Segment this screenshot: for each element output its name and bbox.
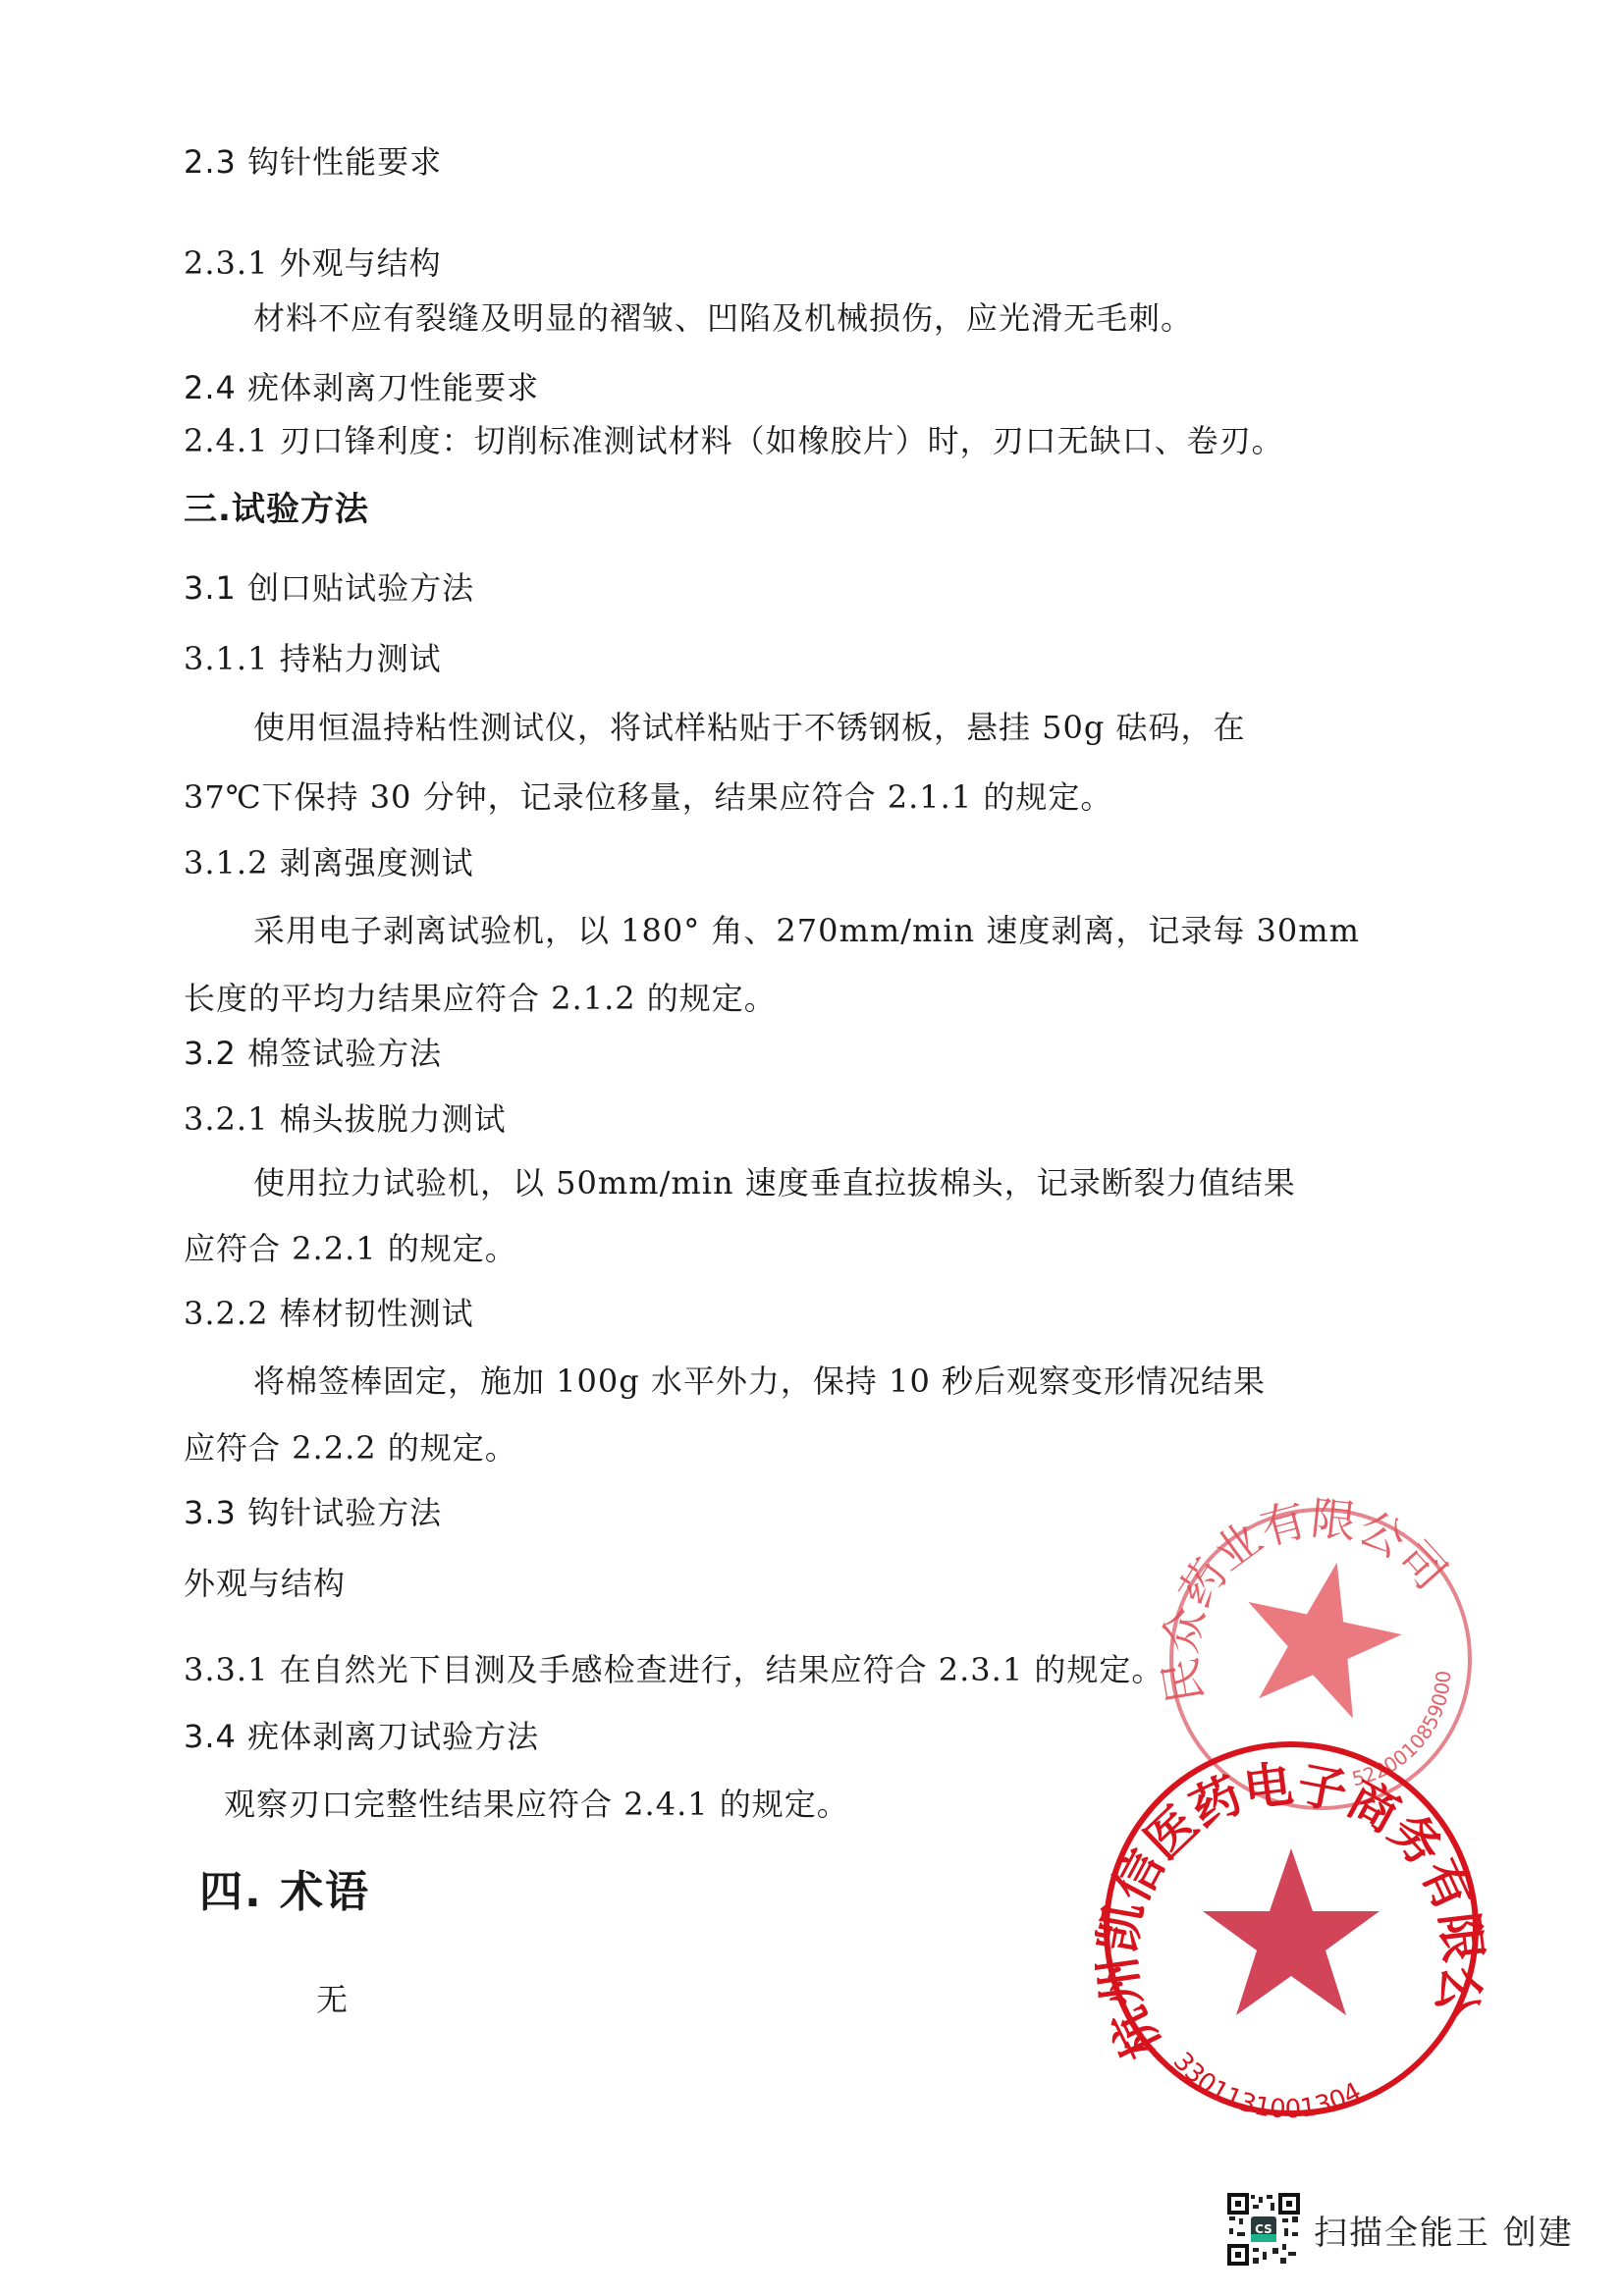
paragraph-3-4: 观察刃口完整性结果应符合 2.4.1 的规定。 xyxy=(224,1785,849,1824)
scanner-watermark: CS 扫描全能王 创建 xyxy=(1227,2195,1574,2264)
company-seal-top: 民众药业有限公司 5220010859000 xyxy=(1154,1492,1488,1826)
paragraph-3-1-1-a: 使用恒温持粘性测试仪，将试样粘贴于不锈钢板，悬挂 50g 砝码，在 xyxy=(253,708,1246,747)
paragraph-3-1-2-a: 采用电子剥离试验机，以 180° 角、270mm/min 速度剥离，记录每 30… xyxy=(253,911,1360,950)
company-seal-bottom: 杭州凯信医药电子商务有限公司 33011310013046 xyxy=(1095,1733,1488,2125)
seal-top-number: 5220010859000 xyxy=(1350,1670,1456,1790)
heading-3-2-1: 3.2.1 棉头拔脱力测试 xyxy=(184,1099,507,1139)
heading-3-3-subtitle: 外观与结构 xyxy=(184,1564,346,1603)
svg-text:民众药业有限公司: 民众药业有限公司 xyxy=(1154,1492,1457,1707)
heading-2-3: 2.3 钩针性能要求 xyxy=(184,142,442,182)
heading-3-1-1: 3.1.1 持粘力测试 xyxy=(184,639,442,678)
paragraph-3-2-2-a: 将棉签棒固定，施加 100g 水平外力，保持 10 秒后观察变形情况结果 xyxy=(253,1362,1266,1401)
heading-3-4: 3.4 疣体剥离刀试验方法 xyxy=(184,1717,539,1756)
svg-text:杭州凯信医药电子商务有限公司: 杭州凯信医药电子商务有限公司 xyxy=(1095,1733,1488,2067)
paragraph-3-2-2-b: 应符合 2.2.2 的规定。 xyxy=(184,1428,517,1468)
terms-none-text: 无 xyxy=(316,1980,349,2019)
chapter-4-title: 四. 术语 xyxy=(199,1873,370,1912)
heading-3-2-2: 3.2.2 棒材韧性测试 xyxy=(184,1294,474,1333)
heading-3-1-2: 3.1.2 剥离强度测试 xyxy=(184,843,474,882)
seal-top-arc-text: 民众药业有限公司 xyxy=(1154,1492,1457,1707)
heading-2-3-1: 2.3.1 外观与结构 xyxy=(184,243,442,283)
svg-text:CS: CS xyxy=(1255,2222,1272,2236)
paragraph-3-2-1-b: 应符合 2.2.1 的规定。 xyxy=(184,1229,517,1268)
seal-bottom-number: 33011310013046 xyxy=(1095,1733,1367,2124)
star-icon xyxy=(1203,1848,1380,2015)
heading-3-2: 3.2 棉签试验方法 xyxy=(184,1034,442,1073)
heading-3-3: 3.3 钩针试验方法 xyxy=(184,1493,442,1532)
seal-bottom-arc-text: 杭州凯信医药电子商务有限公司 xyxy=(1095,1733,1488,2067)
heading-3-1: 3.1 创口贴试验方法 xyxy=(184,568,474,608)
star-icon xyxy=(1229,1546,1414,1725)
svg-text:33011310013046: 33011310013046 xyxy=(1095,1733,1367,2124)
paragraph-2-3-1: 材料不应有裂缝及明显的褶皱、凹陷及机械损伤，应光滑无毛刺。 xyxy=(253,298,1193,338)
qr-code-icon: CS xyxy=(1227,2193,1300,2266)
heading-2-4: 2.4 疣体剥离刀性能要求 xyxy=(184,368,539,407)
svg-text:5220010859000: 5220010859000 xyxy=(1350,1670,1456,1790)
paragraph-3-2-1-a: 使用拉力试验机，以 50mm/min 速度垂直拉拔棉头，记录断裂力值结果 xyxy=(253,1163,1296,1202)
paragraph-3-3-1: 3.3.1 在自然光下目测及手感检查进行，结果应符合 2.3.1 的规定。 xyxy=(184,1650,1163,1689)
section-3-title: 三.试验方法 xyxy=(184,490,369,529)
paragraph-3-1-1-b: 37℃下保持 30 分钟，记录位移量，结果应符合 2.1.1 的规定。 xyxy=(184,777,1112,817)
scanner-watermark-label: 扫描全能王 创建 xyxy=(1314,2206,1574,2254)
paragraph-3-1-2-b: 长度的平均力结果应符合 2.1.2 的规定。 xyxy=(184,979,777,1018)
paragraph-2-4-1: 2.4.1 刃口锋利度：切削标准测试材料（如橡胶片）时，刃口无缺口、卷刃。 xyxy=(184,421,1284,460)
